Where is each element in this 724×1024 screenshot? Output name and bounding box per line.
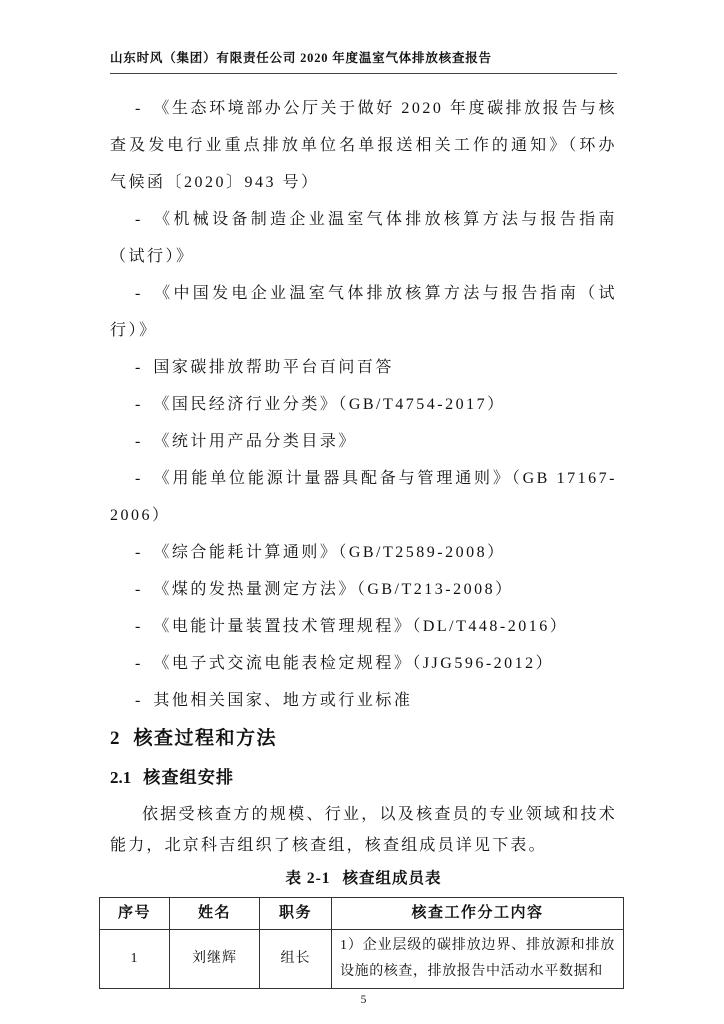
- list-item: -《国民经济行业分类》（GB/T4754-2017）: [110, 386, 617, 423]
- cell-duties: 1）企业层级的碳排放边界、排放源和排放设施的核查，排放报告中活动水平数据和: [332, 930, 624, 989]
- dash-bullet: -: [135, 285, 140, 302]
- table-row: 1 刘继辉 组长 1）企业层级的碳排放边界、排放源和排放设施的核查，排放报告中活…: [100, 930, 624, 989]
- list-item-text: 其他相关国家、地方或行业标准: [153, 692, 412, 709]
- list-item-text: 《用能单位能源计量器具配备与管理通则》（GB 17167-2006）: [110, 470, 617, 524]
- col-header-duties: 核查工作分工内容: [332, 898, 624, 930]
- section-heading: 2核查过程和方法: [110, 725, 617, 753]
- section-number: 2: [110, 728, 120, 749]
- dash-bullet: -: [135, 433, 140, 450]
- col-header-index: 序号: [100, 898, 170, 930]
- running-header: 山东时风（集团）有限责任公司 2020 年度温室气体排放核查报告: [110, 0, 617, 74]
- page-number: 5: [110, 993, 617, 1007]
- dash-bullet: -: [135, 100, 140, 117]
- subsection-title: 核查组安排: [143, 768, 234, 787]
- list-item: -《煤的发热量测定方法》（GB/T213-2008）: [110, 571, 617, 608]
- table-caption-label: 表 2-1: [285, 870, 330, 887]
- table-header-row: 序号 姓名 职务 核查工作分工内容: [100, 898, 624, 930]
- dash-bullet: -: [135, 618, 140, 635]
- list-item-text: 《煤的发热量测定方法》（GB/T213-2008）: [153, 581, 513, 598]
- list-item-text: 《电子式交流电能表检定规程》（JJG596-2012）: [153, 655, 554, 672]
- list-item: -《电子式交流电能表检定规程》（JJG596-2012）: [110, 645, 617, 682]
- dash-bullet: -: [135, 581, 140, 598]
- list-item-text: 国家碳排放帮助平台百问百答: [153, 359, 394, 376]
- list-item-text: 《中国发电企业温室气体排放核算方法与报告指南（试行）》: [110, 285, 617, 339]
- list-item-text: 《电能计量装置技术管理规程》（DL/T448-2016）: [153, 618, 568, 635]
- list-item: -《中国发电企业温室气体排放核算方法与报告指南（试行）》: [110, 275, 617, 349]
- dash-bullet: -: [135, 655, 140, 672]
- table-caption-title: 核查组成员表: [343, 870, 442, 887]
- list-item-text: 《综合能耗计算通则》（GB/T2589-2008）: [153, 544, 505, 561]
- col-header-name: 姓名: [170, 898, 260, 930]
- section-title: 核查过程和方法: [134, 728, 278, 749]
- list-item: -《综合能耗计算通则》（GB/T2589-2008）: [110, 534, 617, 571]
- list-item: -《电能计量装置技术管理规程》（DL/T448-2016）: [110, 608, 617, 645]
- list-item-text: 《统计用产品分类目录》: [153, 433, 357, 450]
- col-header-role: 职务: [260, 898, 332, 930]
- list-item-text: 《国民经济行业分类》（GB/T4754-2017）: [153, 396, 505, 413]
- list-item-text: 《机械设备制造企业温室气体排放核算方法与报告指南（试行）》: [110, 211, 617, 265]
- cell-name: 刘继辉: [170, 930, 260, 989]
- reference-list: -《生态环境部办公厅关于做好 2020 年度碳排放报告与核查及发电行业重点排放单…: [110, 90, 617, 719]
- dash-bullet: -: [135, 544, 140, 561]
- dash-bullet: -: [135, 211, 140, 228]
- header-title: 山东时风（集团）有限责任公司 2020 年度温室气体排放核查报告: [110, 50, 617, 74]
- subsection-number: 2.1: [110, 768, 131, 787]
- table-caption: 表 2-1核查组成员表: [110, 868, 617, 890]
- body-paragraph: 依据受核查方的规模、行业，以及核查员的专业领域和技术能力，北京科吉组织了核查组，…: [110, 799, 617, 861]
- list-item: -其他相关国家、地方或行业标准: [110, 682, 617, 719]
- cell-role: 组长: [260, 930, 332, 989]
- list-item: -《机械设备制造企业温室气体排放核算方法与报告指南（试行）》: [110, 201, 617, 275]
- list-item: -《统计用产品分类目录》: [110, 423, 617, 460]
- dash-bullet: -: [135, 359, 140, 376]
- list-item: -《生态环境部办公厅关于做好 2020 年度碳排放报告与核查及发电行业重点排放单…: [110, 90, 617, 201]
- dash-bullet: -: [135, 396, 140, 413]
- list-item: -国家碳排放帮助平台百问百答: [110, 349, 617, 386]
- dash-bullet: -: [135, 470, 140, 487]
- members-table: 序号 姓名 职务 核查工作分工内容 1 刘继辉 组长 1）企业层级的碳排放边界、…: [99, 897, 624, 989]
- list-item: -《用能单位能源计量器具配备与管理通则》（GB 17167-2006）: [110, 460, 617, 534]
- cell-index: 1: [100, 930, 170, 989]
- list-item-text: 《生态环境部办公厅关于做好 2020 年度碳排放报告与核查及发电行业重点排放单位…: [110, 100, 617, 191]
- subsection-heading: 2.1核查组安排: [110, 766, 617, 790]
- dash-bullet: -: [135, 692, 140, 709]
- document-page: 山东时风（集团）有限责任公司 2020 年度温室气体排放核查报告 -《生态环境部…: [0, 0, 724, 1024]
